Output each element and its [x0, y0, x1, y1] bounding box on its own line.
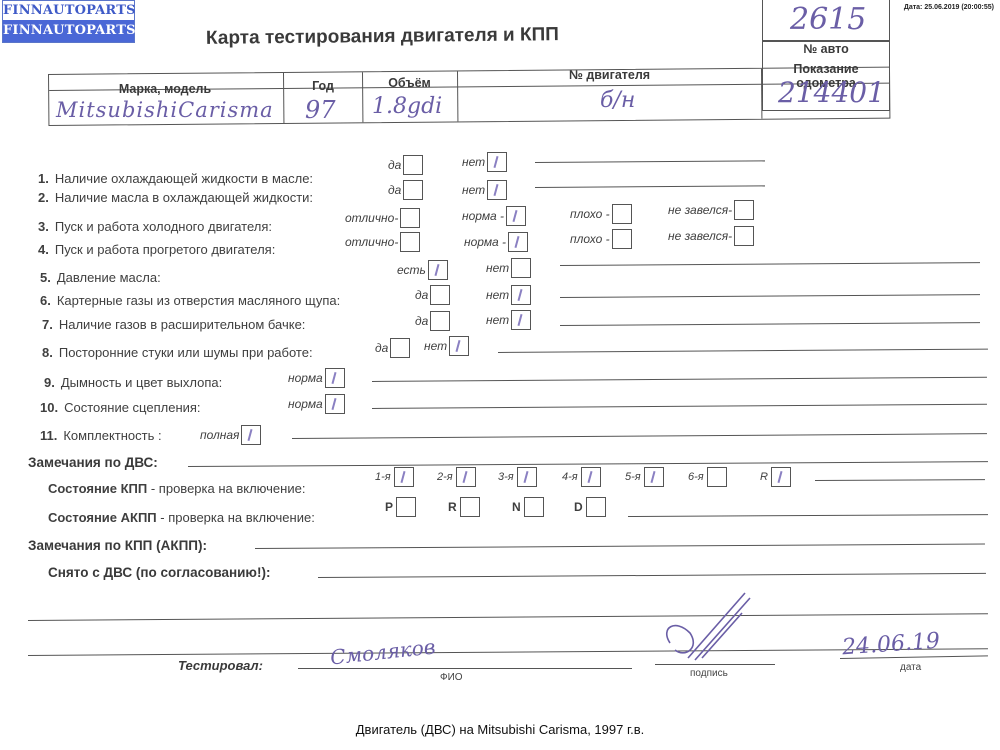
signature-line[interactable]	[655, 664, 775, 665]
gear-label: 6-я	[688, 471, 704, 483]
removed-line[interactable]	[318, 573, 986, 578]
option-1-2: нет	[462, 152, 507, 172]
option-3-2: норма -	[462, 206, 526, 226]
option-4-1: отлично-	[345, 232, 420, 252]
gearbox-remarks-label: Замечания по КПП (АКПП):	[28, 538, 207, 553]
checkbox[interactable]	[734, 226, 754, 246]
option-label: нет	[462, 155, 485, 169]
option-7-2: нет	[486, 310, 531, 330]
gear-6-я: 6-я	[688, 467, 727, 487]
option-label: отлично-	[345, 235, 398, 249]
question-text: Дымность и цвет выхлопа:	[61, 375, 222, 390]
option-5-1: есть	[397, 260, 448, 280]
option-1-1: да	[388, 155, 423, 175]
checkbox[interactable]	[390, 338, 410, 358]
checkbox[interactable]	[403, 155, 423, 175]
col-year: Год	[283, 79, 363, 93]
checkbox[interactable]	[586, 497, 606, 517]
brand-model-value: MitsubishiCarisma	[56, 98, 274, 122]
checkbox[interactable]	[456, 467, 476, 487]
name-caption: ФИО	[440, 672, 463, 683]
checkbox[interactable]	[506, 206, 526, 226]
checkbox[interactable]	[487, 152, 507, 172]
option-label: норма -	[464, 235, 506, 249]
question-text: Пуск и работа прогретого двигателя:	[55, 242, 275, 257]
option-label: нет	[486, 288, 509, 302]
checkbox[interactable]	[581, 467, 601, 487]
question-5: 5.Давление масла:	[40, 270, 161, 285]
option-5-2: нет	[486, 258, 531, 278]
question-text: Состояние сцепления:	[64, 400, 200, 415]
gear-label: 3-я	[498, 471, 514, 483]
option-3-4: не завелся-	[668, 200, 754, 220]
question-11: 11.Комплектность :	[40, 428, 162, 443]
option-4-2: норма -	[464, 232, 528, 252]
checkbox[interactable]	[771, 467, 791, 487]
option-3-3: плохо -	[570, 204, 632, 224]
col-brand-model: Марка, модель	[48, 82, 282, 96]
tester-name-line[interactable]	[298, 668, 632, 669]
checkbox[interactable]	[707, 467, 727, 487]
option-label: нет	[486, 313, 509, 327]
question-4: 4.Пуск и работа прогретого двигателя:	[38, 242, 275, 257]
option-label: нет	[486, 261, 509, 275]
volume-value: 1.8gdi	[372, 94, 442, 119]
option-4-3: плохо -	[570, 229, 632, 249]
form-title: Карта тестирования двигателя и КПП	[206, 24, 559, 50]
option-label: не завелся-	[668, 229, 732, 243]
option-label: не завелся-	[668, 203, 732, 217]
checkbox[interactable]	[511, 310, 531, 330]
option-label: нет	[424, 339, 447, 353]
question-8: 8.Посторонние стуки или шумы при работе:	[42, 345, 313, 360]
checkbox[interactable]	[644, 467, 664, 487]
question-2: 2.Наличие масла в охлаждающей жидкости:	[38, 190, 313, 205]
gear-3-я: 3-я	[498, 467, 537, 487]
gear-label: N	[512, 500, 521, 514]
timestamp: Дата: 25.06.2019 (20:00:55)	[904, 4, 994, 11]
manual-gearbox-label: Состояние КПП - проверка на включение:	[48, 481, 305, 496]
answer-line[interactable]	[372, 377, 987, 383]
question-text: Наличие газов в расширительном бачке:	[59, 317, 306, 332]
checkbox[interactable]	[612, 204, 632, 224]
checkbox[interactable]	[460, 497, 480, 517]
odometer-value: 214401	[778, 76, 885, 109]
answer-line[interactable]	[372, 404, 987, 410]
answer-line[interactable]	[560, 322, 980, 326]
removed-label: Снято с ДВС (по согласованию!):	[48, 565, 270, 580]
tester-name-value: Смоляков	[329, 635, 436, 670]
option-label: полная	[200, 428, 239, 442]
option-2-2: нет	[462, 180, 507, 200]
checkbox[interactable]	[511, 285, 531, 305]
checkbox[interactable]	[430, 285, 450, 305]
option-8-1: да	[375, 338, 410, 358]
checkbox[interactable]	[428, 260, 448, 280]
blank-line-1[interactable]	[28, 613, 988, 621]
gear-label: 2-я	[437, 471, 453, 483]
question-6: 6.Картерные газы из отверстия масляного …	[40, 293, 340, 308]
logo-line-2: FINNAUTOPARTS	[3, 20, 134, 42]
question-1: 1.Наличие охлаждающей жидкости в масле:	[38, 171, 313, 186]
question-number: 11.	[40, 428, 57, 443]
auto-gearbox-line[interactable]	[628, 514, 988, 517]
option-label: да	[388, 158, 401, 172]
question-number: 5.	[40, 270, 51, 285]
gear-P: P	[385, 497, 416, 517]
option-label: норма -	[462, 209, 504, 223]
question-number: 3.	[38, 219, 49, 234]
gear-label: R	[760, 471, 768, 483]
gear-label: P	[385, 500, 393, 514]
question-text: Давление масла:	[57, 270, 161, 285]
image-caption: Двигатель (ДВС) на Mitsubishi Carisma, 1…	[0, 722, 1000, 737]
gear-R: R	[760, 467, 791, 487]
option-label: есть	[397, 263, 426, 277]
gear-label: 1-я	[375, 471, 391, 483]
question-number: 10.	[40, 400, 58, 415]
col-volume: Объём	[362, 76, 457, 90]
option-label: да	[415, 288, 428, 302]
answer-line[interactable]	[535, 185, 765, 188]
gear-R: R	[448, 497, 480, 517]
question-text: Посторонние стуки или шумы при работе:	[59, 345, 313, 360]
checkbox[interactable]	[241, 425, 261, 445]
option-label: норма	[288, 371, 323, 385]
question-number: 1.	[38, 171, 49, 186]
auto-number-value: 2615	[790, 2, 866, 37]
gear-label: D	[574, 500, 583, 514]
question-7: 7.Наличие газов в расширительном бачке:	[42, 317, 305, 332]
option-3-1: отлично-	[345, 208, 420, 228]
answer-line[interactable]	[292, 433, 987, 439]
question-number: 4.	[38, 242, 49, 257]
checkbox[interactable]	[449, 336, 469, 356]
answer-line[interactable]	[498, 349, 988, 354]
manual-gearbox-line[interactable]	[815, 479, 985, 481]
gear-label: 5-я	[625, 471, 641, 483]
option-6-1: да	[415, 285, 450, 305]
answer-line[interactable]	[535, 160, 765, 163]
gear-5-я: 5-я	[625, 467, 664, 487]
checkbox[interactable]	[612, 229, 632, 249]
question-text: Комплектность :	[63, 428, 161, 443]
question-number: 8.	[42, 345, 53, 360]
year-value: 97	[305, 96, 336, 124]
question-number: 6.	[40, 293, 51, 308]
gear-label: 4-я	[562, 471, 578, 483]
question-text: Наличие масла в охлаждающей жидкости:	[55, 190, 313, 205]
gearbox-remarks-line[interactable]	[255, 544, 985, 550]
engine-number-value: б/н	[600, 88, 635, 113]
option-9-1: норма	[288, 368, 345, 388]
question-text: Картерные газы из отверстия масляного щу…	[57, 293, 340, 308]
checkbox[interactable]	[325, 394, 345, 414]
checkbox[interactable]	[487, 180, 507, 200]
gear-2-я: 2-я	[437, 467, 476, 487]
option-label: нет	[462, 183, 485, 197]
option-label: отлично-	[345, 211, 398, 225]
question-number: 7.	[42, 317, 53, 332]
question-number: 2.	[38, 190, 49, 205]
checkbox[interactable]	[400, 208, 420, 228]
option-label: плохо -	[570, 207, 610, 221]
col-engine-number: № двигателя	[457, 68, 762, 82]
gear-label: R	[448, 500, 457, 514]
question-10: 10.Состояние сцепления:	[40, 400, 201, 415]
option-8-2: нет	[424, 336, 469, 356]
tested-by-label: Тестировал:	[178, 658, 263, 673]
answer-line[interactable]	[560, 262, 980, 266]
checkbox[interactable]	[403, 180, 423, 200]
option-label: да	[388, 183, 401, 197]
option-6-2: нет	[486, 285, 531, 305]
gear-4-я: 4-я	[562, 467, 601, 487]
option-4-4: не завелся-	[668, 226, 754, 246]
question-3: 3.Пуск и работа холодного двигателя:	[38, 219, 272, 234]
checkbox[interactable]	[400, 232, 420, 252]
checkbox[interactable]	[517, 467, 537, 487]
brand-logo: FINNAUTOPARTS FINNAUTOPARTS	[2, 0, 135, 43]
option-7-1: да	[415, 311, 450, 331]
option-label: норма	[288, 397, 323, 411]
checkbox[interactable]	[511, 258, 531, 278]
engine-remarks-label: Замечания по ДВС:	[28, 455, 158, 470]
gear-1-я: 1-я	[375, 467, 414, 487]
checkbox[interactable]	[734, 200, 754, 220]
logo-line-1: FINNAUTOPARTS	[3, 1, 134, 20]
answer-line[interactable]	[560, 294, 980, 298]
checkbox[interactable]	[524, 497, 544, 517]
auto-gearbox-label: Состояние АКПП - проверка на включение:	[48, 510, 315, 525]
option-10-1: норма	[288, 394, 345, 414]
auto-number-label: № авто	[762, 42, 890, 56]
date-caption: дата	[900, 662, 921, 673]
gear-D: D	[574, 497, 606, 517]
option-label: плохо -	[570, 232, 610, 246]
checkbox[interactable]	[430, 311, 450, 331]
question-text: Наличие охлаждающей жидкости в масле:	[55, 171, 313, 186]
gear-N: N	[512, 497, 544, 517]
signature-caption: подпись	[690, 668, 728, 679]
option-label: да	[375, 341, 388, 355]
option-label: да	[415, 314, 428, 328]
question-text: Пуск и работа холодного двигателя:	[55, 219, 272, 234]
question-number: 9.	[44, 375, 55, 390]
checkbox[interactable]	[325, 368, 345, 388]
option-2-1: да	[388, 180, 423, 200]
option-11-1: полная	[200, 425, 261, 445]
checkbox[interactable]	[508, 232, 528, 252]
question-9: 9.Дымность и цвет выхлопа:	[44, 375, 222, 390]
checkbox[interactable]	[396, 497, 416, 517]
checkbox[interactable]	[394, 467, 414, 487]
signature-mark	[650, 588, 760, 668]
